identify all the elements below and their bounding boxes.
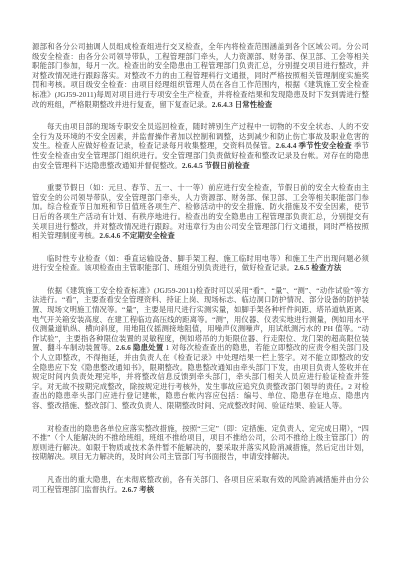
paragraph: 凡查出的重大隐患，在未彻底整改前，各有关部门、各项目应采取有效的风险消减措施并由… <box>32 475 369 494</box>
paragraph: 对检查出的隐患各单位应落实整改措施，按照“三定”（即：定措施、定负责人、定完成日… <box>32 424 369 462</box>
document-page: 源部和各分公司抽调人员组成检查组进行交叉检查，全年内将检查范围涵盖到各个区域公司… <box>0 0 400 566</box>
paragraph: 重要节假日（如：元旦、春节、五一、十一等）前应进行安全检查，节假日前的安全大检查… <box>32 183 369 241</box>
paragraph: 临时性专业检查（如：垂直运输设备、脚手架工程、施工临时用电等）和施工生产出现问题… <box>32 254 369 273</box>
text-run: 对检查出的隐患各单位应落实整改措施，按照“三定”（即：定措施、定负责人、定完成日… <box>32 424 369 462</box>
text-run: 源部和各分公司抽调人员组成检查组进行交叉检查，全年内将检查范围涵盖到各个区域公司… <box>32 42 369 109</box>
section-heading: 2.6.4.6 不定期安全检查 <box>99 231 174 240</box>
text-run: 1 对每次检查查出的隐患，若能立即整改的应责令相关部门及个人立即整改，不得拖延，… <box>32 343 369 410</box>
text-run: 重要节假日（如：元旦、春节、五一、十一等）前应进行安全检查，节假日前的安全大检查… <box>32 183 369 240</box>
text-run: 凡查出的重大隐患，在未彻底整改前，各有关部门、各项目应采取有效的风险消减措施并由… <box>32 475 369 494</box>
section-heading: 2.6.7 考核 <box>122 485 154 494</box>
section-heading: 2.6.6 隐患处置 <box>116 343 164 352</box>
section-heading: 2.6.4.4 季节性安全检查 <box>275 141 351 150</box>
section-heading: 2.6.4.5 节假日前检查 <box>182 161 250 170</box>
paragraph: 依据《建筑施工安全检查标准》(JGJ59-2011)检查时可以采用“看”、“量”… <box>32 286 369 411</box>
paragraph: 每天由项目部的现场专职安全员巡回检查，随时辨别生产过程中一切物的不安全状态、人的… <box>32 122 369 170</box>
section-heading: 2.6.5 检查方法 <box>294 263 341 272</box>
section-heading: 2.6.4.3 日常性检查 <box>212 100 272 109</box>
document-body: 源部和各分公司抽调人员组成检查组进行交叉检查，全年内将检查范围涵盖到各个区域公司… <box>32 42 369 494</box>
paragraph: 源部和各分公司抽调人员组成检查组进行交叉检查，全年内将检查范围涵盖到各个区域公司… <box>32 42 369 109</box>
